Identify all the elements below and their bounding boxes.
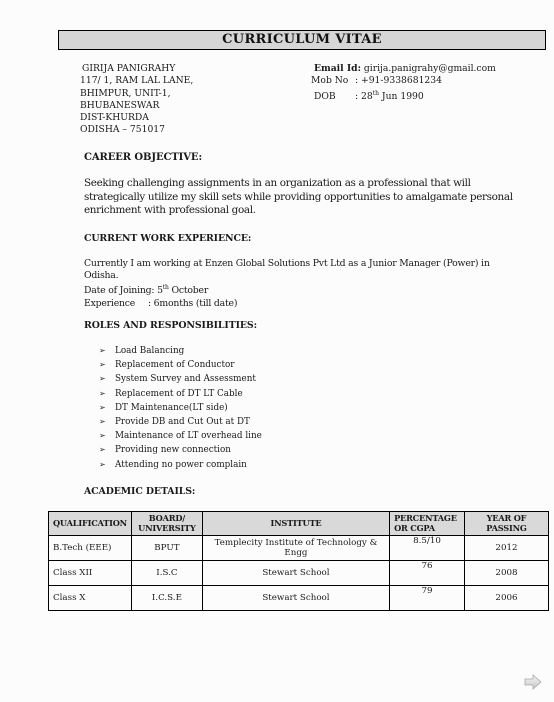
arrow-right-icon[interactable] [524, 674, 542, 690]
address-block: GIRIJA PANIGRAHY 117/ 1, RAM LAL LANE, B… [80, 63, 193, 137]
arrow-bullet-icon: ➢ [99, 458, 115, 471]
role-item: ➢System Survey and Assessment [99, 372, 262, 386]
dob-value: : 28th Jun 1990 [355, 91, 424, 102]
cell-institute: Stewart School [202, 586, 389, 611]
cell-qualification: B.Tech (EEE) [49, 536, 132, 561]
cell-institute: Templecity Institute of Technology & Eng… [202, 536, 389, 561]
cell-percentage: 76 [390, 561, 465, 586]
role-item: ➢Load Balancing [99, 344, 262, 358]
dob-label: DOB [314, 91, 355, 103]
mobile-row: Mob No: +91-9338681234 [311, 75, 496, 87]
work-experience-text: Currently I am working at Enzen Global S… [84, 258, 514, 282]
address-line: BHUBANESWAR [80, 100, 193, 112]
role-text: Load Balancing [115, 346, 184, 356]
address-line: 117/ 1, RAM LAL LANE, [80, 75, 193, 87]
role-text: Providing new connection [115, 445, 231, 455]
cell-year: 2006 [464, 586, 548, 611]
role-text: DT Maintenance(LT side) [115, 403, 228, 413]
cell-percentage: 79 [390, 586, 465, 611]
arrow-bullet-icon: ➢ [99, 415, 115, 428]
address-line: ODISHA – 751017 [80, 124, 193, 136]
career-objective-heading: CAREER OBJECTIVE: [84, 152, 202, 163]
column-header-year: YEAR OF PASSING [464, 512, 548, 536]
work-experience-heading: CURRENT WORK EXPERIENCE: [84, 233, 251, 244]
address-line: DIST-KHURDA [80, 112, 193, 124]
role-text: Attending no power complain [115, 460, 247, 470]
cell-percentage: 8.5/10 [390, 536, 465, 561]
table-row: Class XI.C.S.EStewart School792006 [49, 586, 549, 611]
column-header-qualification: QUALIFICATION [49, 512, 132, 536]
role-item: ➢Maintenance of LT overhead line [99, 429, 262, 443]
role-item: ➢Replacement of DT LT Cable [99, 387, 262, 401]
column-header-institute: INSTITUTE [202, 512, 389, 536]
arrow-bullet-icon: ➢ [99, 401, 115, 414]
table-row: B.Tech (EEE)BPUTTemplecity Institute of … [49, 536, 549, 561]
arrow-bullet-icon: ➢ [99, 429, 115, 442]
role-text: Maintenance of LT overhead line [115, 431, 262, 441]
arrow-bullet-icon: ➢ [99, 344, 115, 357]
document-title: CURRICULUM VITAE [58, 30, 546, 50]
arrow-bullet-icon: ➢ [99, 387, 115, 400]
experience-row: Experience: 6months (till date) [84, 298, 514, 310]
roles-heading: ROLES AND RESPONSIBILITIES: [84, 320, 257, 331]
table-header-row: QUALIFICATION BOARD/UNIVERSITY INSTITUTE… [49, 512, 549, 536]
mobile-value: : +91-9338681234 [355, 75, 442, 86]
role-text: Replacement of DT LT Cable [115, 389, 243, 399]
email-label: Email Id: [314, 63, 361, 74]
cell-institute: Stewart School [202, 561, 389, 586]
academic-table: QUALIFICATION BOARD/UNIVERSITY INSTITUTE… [48, 511, 549, 611]
role-item: ➢Provide DB and Cut Out at DT [99, 415, 262, 429]
column-header-board: BOARD/UNIVERSITY [131, 512, 202, 536]
roles-list: ➢Load Balancing➢Replacement of Conductor… [99, 344, 262, 472]
cell-year: 2008 [464, 561, 548, 586]
arrow-bullet-icon: ➢ [99, 372, 115, 385]
role-item: ➢Attending no power complain [99, 458, 262, 472]
cell-qualification: Class X [49, 586, 132, 611]
role-text: System Survey and Assessment [115, 374, 256, 384]
work-experience-block: Currently I am working at Enzen Global S… [84, 258, 514, 310]
cell-year: 2012 [464, 536, 548, 561]
candidate-name: GIRIJA PANIGRAHY [80, 63, 193, 75]
email-row: Email Id: girija.panigrahy@gmail.com [311, 63, 496, 75]
cv-page: CURRICULUM VITAE GIRIJA PANIGRAHY 117/ 1… [0, 0, 554, 702]
table-row: Class XIII.S.CStewart School762008 [49, 561, 549, 586]
mobile-label: Mob No [311, 75, 355, 87]
role-text: Replacement of Conductor [115, 360, 235, 370]
arrow-bullet-icon: ➢ [99, 358, 115, 371]
date-of-joining: Date of Joining: 5th October [84, 282, 514, 297]
address-line: BHIMPUR, UNIT-1, [80, 88, 193, 100]
cell-board: BPUT [131, 536, 202, 561]
cell-board: I.C.S.E [131, 586, 202, 611]
role-item: ➢Replacement of Conductor [99, 358, 262, 372]
role-item: ➢Providing new connection [99, 443, 262, 457]
career-objective-text: Seeking challenging assignments in an or… [84, 177, 514, 218]
email-value: girija.panigrahy@gmail.com [364, 63, 496, 74]
cell-board: I.S.C [131, 561, 202, 586]
role-item: ➢DT Maintenance(LT side) [99, 401, 262, 415]
dob-row: DOB: 28th Jun 1990 [311, 88, 496, 103]
role-text: Provide DB and Cut Out at DT [115, 417, 250, 427]
contact-block: Email Id: girija.panigrahy@gmail.com Mob… [311, 63, 496, 103]
cell-qualification: Class XII [49, 561, 132, 586]
column-header-percentage: PERCENTAGEOR CGPA [390, 512, 465, 536]
academic-heading: ACADEMIC DETAILS: [84, 486, 195, 497]
arrow-bullet-icon: ➢ [99, 443, 115, 456]
